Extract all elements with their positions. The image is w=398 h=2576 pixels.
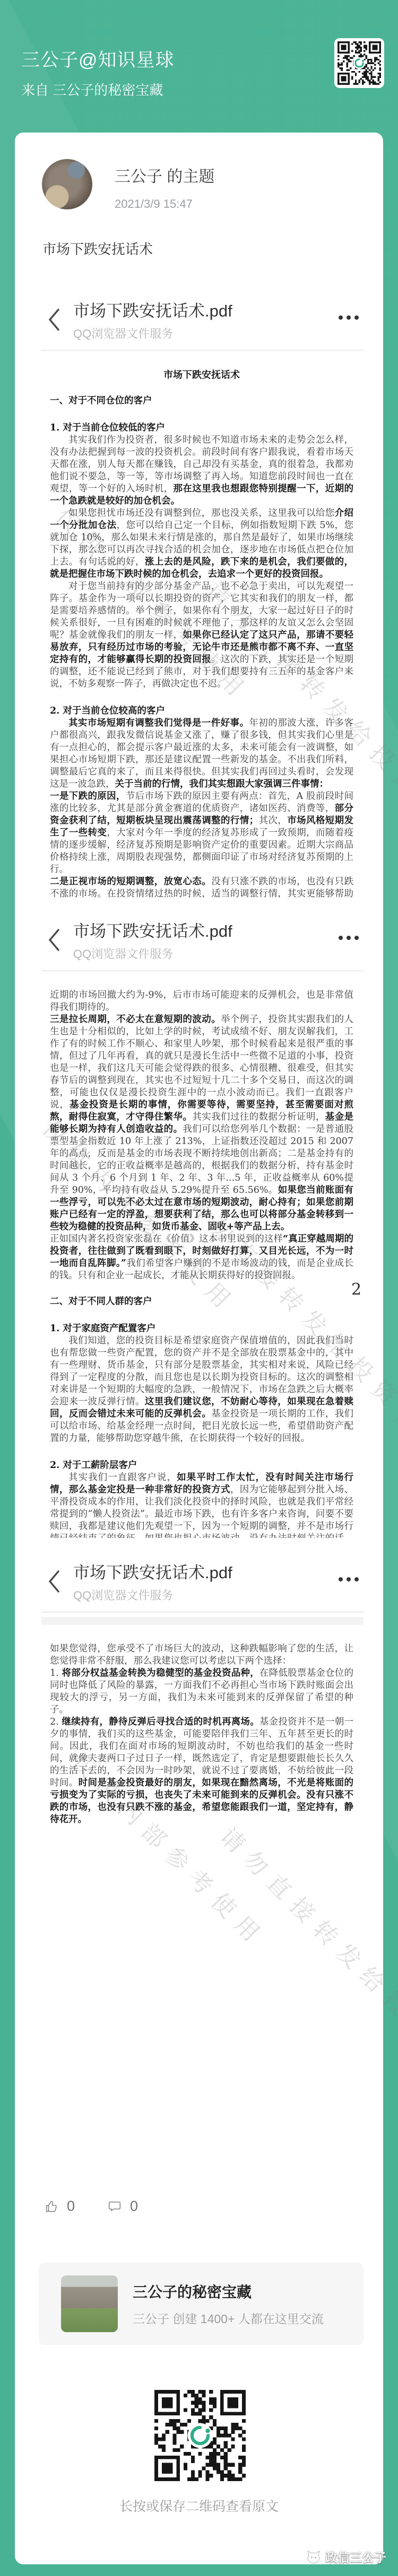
post-heading: 三公子 的主题 [115,163,214,187]
doc-line: 二是正视市场的短期调整，放宽心态。没有只涨不跌的市场，也没有只跌不涨的市场。在投… [50,876,353,898]
doc-line: 正如国内著名投资家张磊在《价值》这本书里说到的这样“真正穿越周期的投资者，往往做… [50,1233,353,1282]
post-card: 三公子 的主题 2021/3/9 15:47 市场下跌安抚话术 市场下跌安抚话术… [15,133,383,2564]
pdf-file-name: 市场下跌安抚话术.pdf [73,1563,354,1582]
page-subtitle: 来自 三公子的秘密宝藏 [21,80,163,99]
community-subtitle: 三公子 创建 1400+ 人都在这里交流 [133,2309,324,2327]
pdf-toolbar-strip [41,1617,364,1625]
brand-watermark: 政信三公子 [306,2548,386,2565]
doc-line: 三是拉长周期，不必太在意短期的波动。举个例子，投资其实跟我们的人生也是十分相似的… [50,1014,353,1233]
doc-line: 1. 将部分权益基金转换为稳健型的基金投资品种，在降低股票基金仓位的同时也降低了… [50,1667,353,1716]
like-count: 0 [67,2198,75,2214]
community-card[interactable]: 三公子的秘密宝藏 三公子 创建 1400+ 人都在这里交流 [39,2263,364,2345]
cat-icon [306,2550,321,2564]
pdf-viewer-header: 市场下跌安抚话术.pdf QQ浏览器文件服务 [15,909,383,962]
doc-p: 其实我们作为投资者，很多时候也不知道市场未来的走势会怎么样，没有办法把握到每一波… [50,434,353,507]
back-icon[interactable] [48,308,60,331]
doc-p: 对于您当前持有的少部分基金产品，也不必急于卖出，可以先观望一阵子。基金作为一项可… [50,581,353,690]
more-menu-icon[interactable] [339,1577,359,1581]
comment-button[interactable]: 0 [107,2198,138,2214]
pdf-preview-2[interactable]: 市场下跌安抚话术.pdf QQ浏览器文件服务 近期的市场回撤大约为-9%，后市市… [15,909,383,1538]
pdf-viewer-header: 市场下跌安抚话术.pdf QQ浏览器文件服务 [15,1551,383,1603]
comment-count: 0 [130,2198,138,2214]
pdf-page-content: 近期的市场回撤大约为-9%，后市市场可能迎来的反弹机会，也是非常值得我们期待的。… [15,971,383,1538]
header-qr-code [334,38,384,88]
qr-code-icon [338,41,381,85]
doc-h2: 2. 对于当前仓位较高的客户 [50,705,353,717]
doc-line: 一是下跌的原因，节后市场下跌的原因主要有两点：首先，A 股前段时间涨的比较多，尤… [50,790,353,876]
doc-title: 市场下跌安抚话术 [50,369,353,381]
like-button[interactable]: 0 [44,2198,75,2214]
pdf-preview-3[interactable]: 市场下跌安抚话术.pdf QQ浏览器文件服务 如果您觉得，您承受不了市场巨大的波… [15,1551,383,2087]
pdf-source-label: QQ浏览器文件服务 [73,1587,354,1603]
comment-icon [107,2199,123,2214]
back-icon[interactable] [48,1570,60,1593]
engagement-row: 0 0 [44,2198,138,2214]
doc-h2: 2. 对于工薪阶层客户 [50,1460,353,1472]
post-title: 市场下跌安抚话术 [42,239,153,258]
pdf-source-label: QQ浏览器文件服务 [73,945,354,962]
community-title: 三公子的秘密宝藏 [133,2281,324,2302]
thumbs-up-icon [44,2199,59,2214]
community-info: 三公子的秘密宝藏 三公子 创建 1400+ 人都在这里交流 [133,2281,324,2327]
doc-p: 其实市场短期有调整我们觉得是一件好事。年初的那波大涨，许多客户都很高兴，跟我发微… [50,717,353,790]
pdf-page-number: 2 [351,1280,361,1299]
post-date: 2021/3/9 15:47 [115,197,193,211]
divider [41,1612,364,1613]
pdf-page-content: 市场下跌安抚话术一、对于不同仓位的客户1. 对于当前仓位较低的客户其实我们作为投… [15,351,383,898]
doc-h2: 1. 对于家庭资产配置客户 [50,1323,353,1335]
page-title: 三公子@知识星球 [21,46,175,72]
share-page: 三公子@知识星球 来自 三公子的秘密宝藏 三公子 的主题 2021/3/9 15… [0,0,398,2576]
more-menu-icon[interactable] [339,315,359,320]
doc-line: 2. 继续持有，静待反弹后寻找合适的时机再离场。基金投资并不是一朝一夕的事情，我… [50,1716,353,1826]
doc-h1: 二、对于不同人群的客户 [50,1296,353,1308]
back-icon[interactable] [48,928,60,952]
doc-p: 其实我们一直跟客户说，如果平时工作太忙，没有时间关注市场行情，那么基金定投是一种… [50,1472,353,1538]
doc-h1: 一、对于不同仓位的客户 [50,395,353,407]
brand-name: 政信三公子 [325,2548,386,2565]
avatar[interactable] [42,159,92,209]
doc-p: 我们知道，您的投资目标是希望家庭资产保值增值的，因此我们当时也有帮您做一些资产配… [50,1335,353,1445]
doc-h2: 1. 对于当前仓位较低的客户 [50,422,353,434]
qr-code-icon [154,2390,246,2481]
doc-line: 如果您觉得，您承受不了市场巨大的波动，这种跌幅影响了您的生活，让您觉得非常不舒服… [50,1643,353,1667]
more-menu-icon[interactable] [339,936,359,940]
pdf-file-name: 市场下跌安抚话术.pdf [73,302,354,321]
doc-line: 近期的市场回撤大约为-9%，后市市场可能迎来的反弹机会，也是非常值得我们期待的。 [50,989,353,1014]
doc-p: 如果您担忧市场还没有调整到位，那也没关系，这里我可以给您介绍一个分批加仓法，您可… [50,507,353,581]
pdf-viewer-header: 市场下跌安抚话术.pdf QQ浏览器文件服务 [15,289,383,341]
pdf-source-label: QQ浏览器文件服务 [73,325,354,341]
footer-qr-code [154,2390,246,2481]
pdf-page-content: 如果您觉得，您承受不了市场巨大的波动，这种跌幅影响了您的生活，让您觉得非常不舒服… [15,1625,383,1826]
qr-hint-text: 长按或保存二维码查看原文 [15,2496,383,2515]
pdf-file-name: 市场下跌安抚话术.pdf [73,922,354,941]
pdf-preview-1[interactable]: 市场下跌安抚话术.pdf QQ浏览器文件服务 市场下跌安抚话术一、对于不同仓位的… [15,289,383,898]
community-thumbnail [61,2275,118,2332]
